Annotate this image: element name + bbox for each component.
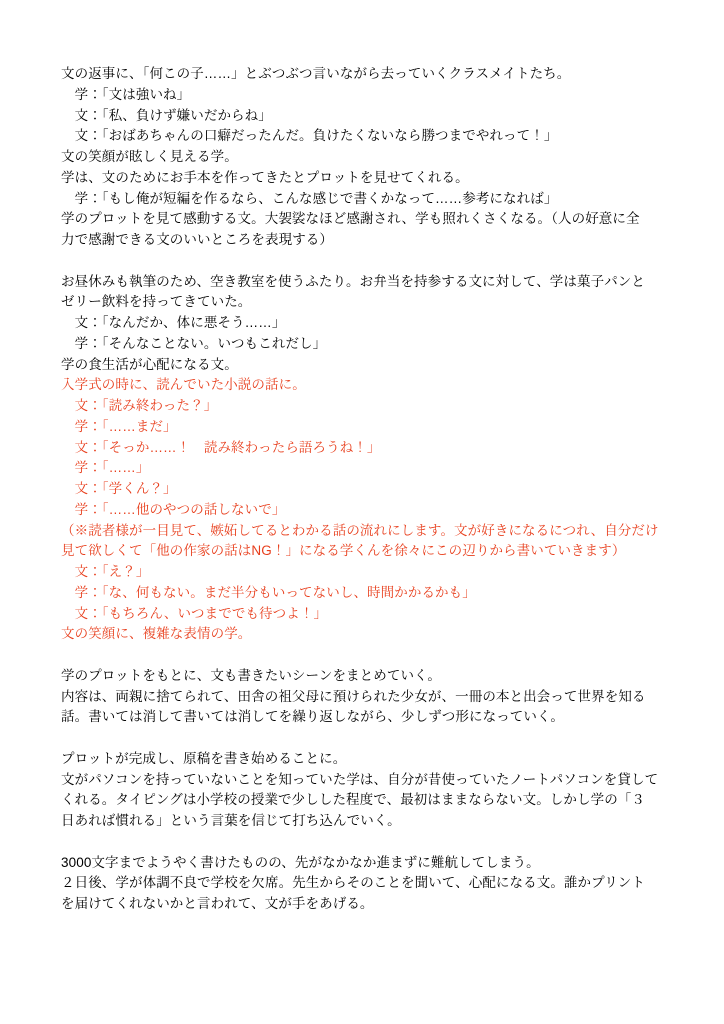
text-line: 文：「もちろん、いつまででも待つよ！」 — [61, 604, 666, 625]
text-line — [61, 251, 666, 272]
text-line: 学のプロットをもとに、文も書きたいシーンをまとめていく。 — [61, 666, 666, 687]
text-line: 文の笑顔が眩しく見える学。 — [61, 147, 666, 168]
text-line: 入学式の時に、読んでいた小説の話に。 — [61, 375, 666, 396]
text-line: を届けてくれないかと言われて、文が手をあげる。 — [61, 894, 666, 915]
text-line: 3000文字までようやく書けたものの、先がなかなか進まずに難航してしまう。 — [61, 853, 666, 874]
text-line: 文の返事に、「何この子……」とぶつぶつ言いながら去っていくクラスメイトたち。 — [61, 64, 666, 85]
text-line — [61, 728, 666, 749]
text-line: 話。書いては消して書いては消してを繰り返しながら、少しずつ形になっていく。 — [61, 707, 666, 728]
text-line — [61, 645, 666, 666]
text-line: 文：「え？」 — [61, 562, 666, 583]
text-line: 学のプロットを見て感動する文。大袈裟なほど感謝され、学も照れくさくなる。（人の好… — [61, 209, 666, 230]
text-line — [61, 832, 666, 853]
text-line: 学：「……」 — [61, 458, 666, 479]
text-line: 文：「なんだか、体に悪そう……」 — [61, 313, 666, 334]
text-line: 文：「私、負けず嫌いだからね」 — [61, 106, 666, 127]
text-line: ２日後、学が体調不良で学校を欠席。先生からそのことを聞いて、心配になる文。誰かプ… — [61, 873, 666, 894]
text-line: 学：「文は強いね」 — [61, 85, 666, 106]
text-line: ゼリー飲料を持ってきていた。 — [61, 292, 666, 313]
text-line: 学の食生活が心配になる文。 — [61, 355, 666, 376]
text-line: 見て欲しくて「他の作家の話はNG！」になる学くんを徐々にこの辺りから書いていきま… — [61, 541, 666, 562]
text-line: 学：「もし俺が短編を作るなら、こんな感じで書くかなって……参考になれば」 — [61, 189, 666, 210]
text-line: くれる。タイピングは小学校の授業で少しした程度で、最初はままならない文。しかし学… — [61, 790, 666, 811]
text-line: 文：「学くん？」 — [61, 479, 666, 500]
text-line: 内容は、両親に捨てられて、田舎の祖父母に預けられた少女が、一冊の本と出会って世界… — [61, 687, 666, 708]
text-line: 文：「おばあちゃんの口癖だったんだ。負けたくないなら勝つまでやれって！」 — [61, 126, 666, 147]
text-line: 文：「そっか……！ 読み終わったら語ろうね！」 — [61, 438, 666, 459]
text-line: （※読者様が一目見て、嫉妬してるとわかる話の流れにします。文が好きになるにつれ、… — [61, 521, 666, 542]
text-line: 学：「な、何もない。まだ半分もいってないし、時間かかるかも」 — [61, 583, 666, 604]
text-line: プロットが完成し、原稿を書き始めることに。 — [61, 749, 666, 770]
text-line: お昼休みも執筆のため、空き教室を使うふたり。お弁当を持参する文に対して、学は菓子… — [61, 272, 666, 293]
document-body: 文の返事に、「何この子……」とぶつぶつ言いながら去っていくクラスメイトたち。 学… — [61, 64, 666, 915]
text-line: 文がパソコンを持っていないことを知っていた学は、自分が昔使っていたノートパソコン… — [61, 770, 666, 791]
document-page: 文の返事に、「何この子……」とぶつぶつ言いながら去っていくクラスメイトたち。 学… — [0, 0, 724, 1024]
text-line: 学：「……他のやつの話しないで」 — [61, 500, 666, 521]
text-line: 文の笑顔に、複雑な表情の学。 — [61, 624, 666, 645]
text-line: 学：「……まだ」 — [61, 417, 666, 438]
text-line: 学は、文のためにお手本を作ってきたとプロットを見せてくれる。 — [61, 168, 666, 189]
text-line: 日あれば慣れる」という言葉を信じて打ち込んでいく。 — [61, 811, 666, 832]
text-line: 学：「そんなことない。いつもこれだし」 — [61, 334, 666, 355]
text-line: 文：「読み終わった？」 — [61, 396, 666, 417]
text-line: 力で感謝できる文のいいところを表現する） — [61, 230, 666, 251]
